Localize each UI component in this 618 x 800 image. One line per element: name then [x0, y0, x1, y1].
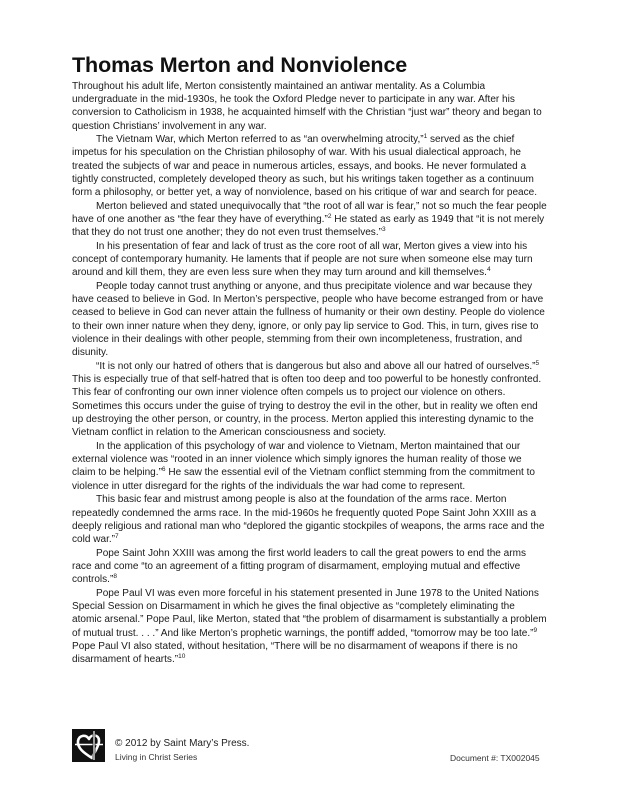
line-text: deeply religious and rational man who “d… — [72, 521, 544, 532]
line-text: People today cannot trust anything or an… — [96, 281, 532, 292]
text-line: treated the subjects of war and peace in… — [72, 160, 592, 173]
line-text: cold war.” — [72, 534, 115, 545]
text-line: Pope Paul VI also stated, without hesita… — [72, 640, 592, 653]
line-text: atomic arsenal.” Pope Paul, like Merton,… — [72, 614, 547, 625]
text-line: In his presentation of fear and lack of … — [72, 240, 592, 253]
paragraph: Merton believed and stated unequivocally… — [72, 200, 592, 240]
heart-cross-icon — [72, 729, 105, 762]
page-footer: © 2012 by Saint Mary’s Press. Living in … — [72, 729, 552, 769]
footnote-marker: 5 — [536, 360, 540, 367]
text-line: Special Session on Disarmament in which … — [72, 600, 592, 613]
series-name: Living in Christ Series — [115, 752, 197, 762]
line-text: have of one another as “the fear they ha… — [72, 214, 328, 225]
article-body: Throughout his adult life, Merton consis… — [72, 80, 592, 667]
text-line: “It is not only our hatred of others tha… — [72, 360, 592, 373]
line-text: conversion to Catholicism in 1938, he ac… — [72, 107, 542, 118]
copyright-notice: © 2012 by Saint Mary’s Press. — [115, 738, 249, 749]
footnote-marker: 8 — [113, 573, 117, 580]
text-line: controls.”8 — [72, 573, 592, 586]
text-line: disarmament of hearts.”10 — [72, 653, 592, 666]
line-text: form a philosophy, or better yet, a way … — [72, 187, 537, 198]
line-text-continued: served as the chief — [427, 134, 514, 145]
text-line: race and come “to an agreement of a fitt… — [72, 560, 592, 573]
text-line: atomic arsenal.” Pope Paul, like Merton,… — [72, 613, 592, 626]
line-text: Merton believed and stated unequivocally… — [96, 201, 547, 212]
text-line: impetus for his speculation on the Chris… — [72, 146, 592, 159]
text-line: have of one another as “the fear they ha… — [72, 213, 592, 226]
paragraph: Pope Paul VI was even more forceful in h… — [72, 587, 592, 667]
paragraph: Pope Saint John XXIII was among the firs… — [72, 547, 592, 587]
footnote-marker: 10 — [178, 653, 185, 660]
text-line: violence in their dealings with other pe… — [72, 333, 592, 346]
line-text: In his presentation of fear and lack of … — [96, 241, 527, 252]
line-text: Sometimes this occurs under the guise of… — [72, 401, 538, 412]
text-line: repeatedly condemned the arms race. In t… — [72, 507, 592, 520]
text-line: This basic fear and mistrust among peopl… — [72, 493, 592, 506]
text-line: form a philosophy, or better yet, a way … — [72, 186, 592, 199]
line-text: of mutual trust. . . .” And like Merton’… — [72, 628, 533, 639]
paragraph: People today cannot trust anything or an… — [72, 280, 592, 360]
text-line: that they do not trust one another; they… — [72, 226, 592, 239]
line-text: “It is not only our hatred of others tha… — [96, 361, 536, 372]
line-text: claim to be helping.” — [72, 467, 162, 478]
line-text: ceased to believe in God can never attai… — [72, 307, 545, 318]
line-text: Throughout his adult life, Merton consis… — [72, 81, 485, 92]
text-line: Pope Saint John XXIII was among the firs… — [72, 547, 592, 560]
text-line: disunity. — [72, 346, 592, 359]
text-line: claim to be helping.”6 He saw the essent… — [72, 466, 592, 479]
text-line: deeply religious and rational man who “d… — [72, 520, 592, 533]
line-text: to their own inner nature when they deny… — [72, 321, 539, 332]
line-text: have ceased to believe in God. In Merton… — [72, 294, 543, 305]
text-line: concept of contemporary humanity. He lam… — [72, 253, 592, 266]
text-line: In the application of this psychology of… — [72, 440, 592, 453]
line-text: This basic fear and mistrust among peopl… — [96, 494, 506, 505]
text-line: conversion to Catholicism in 1938, he ac… — [72, 106, 592, 119]
footnote-marker: 7 — [115, 533, 119, 540]
text-line: Pope Paul VI was even more forceful in h… — [72, 587, 592, 600]
paragraph: Throughout his adult life, Merton consis… — [72, 80, 592, 133]
text-line: to their own inner nature when they deny… — [72, 320, 592, 333]
line-text: up destroying the other person, or count… — [72, 414, 534, 425]
text-line: Sometimes this occurs under the guise of… — [72, 400, 592, 413]
text-line: question Christians’ involvement in any … — [72, 120, 592, 133]
text-line: undergraduate in the mid-1930s, he took … — [72, 93, 592, 106]
line-text: Pope Paul VI was even more forceful in h… — [96, 588, 539, 599]
footnote-marker: 9 — [533, 627, 537, 634]
line-text: around and kill them, they are even less… — [72, 267, 487, 278]
text-line: violence in utter disregard for the righ… — [72, 480, 592, 493]
line-text: violence in utter disregard for the righ… — [72, 481, 465, 492]
text-line: The Vietnam War, which Merton referred t… — [72, 133, 592, 146]
line-text: Pope Paul VI also stated, without hesita… — [72, 641, 518, 652]
text-line: This fear of confronting our own inner v… — [72, 386, 592, 399]
line-text: treated the subjects of war and peace in… — [72, 161, 526, 172]
text-line: around and kill them, they are even less… — [72, 266, 592, 279]
paragraph: In the application of this psychology of… — [72, 440, 592, 493]
line-text: In the application of this psychology of… — [96, 441, 520, 452]
line-text: disarmament of hearts.” — [72, 654, 178, 665]
footnote-marker: 3 — [382, 226, 386, 233]
text-line: have ceased to believe in God. In Merton… — [72, 293, 592, 306]
line-text: impetus for his speculation on the Chris… — [72, 147, 521, 158]
text-line: People today cannot trust anything or an… — [72, 280, 592, 293]
line-text: This is especially true of that self-hat… — [72, 374, 541, 385]
line-text: This fear of confronting our own inner v… — [72, 387, 505, 398]
paragraph: This basic fear and mistrust among peopl… — [72, 493, 592, 546]
line-text-continued: He saw the essential evil of the Vietnam… — [166, 467, 535, 478]
line-text: race and come “to an agreement of a fitt… — [72, 561, 520, 572]
line-text: The Vietnam War, which Merton referred t… — [96, 134, 424, 145]
paragraph: In his presentation of fear and lack of … — [72, 240, 592, 280]
line-text: controls.” — [72, 574, 113, 585]
text-line: Throughout his adult life, Merton consis… — [72, 80, 592, 93]
text-line: of mutual trust. . . .” And like Merton’… — [72, 627, 592, 640]
text-line: Vietnam conflict in relation to the Amer… — [72, 426, 592, 439]
line-text: Pope Saint John XXIII was among the firs… — [96, 548, 526, 559]
line-text: violence in their dealings with other pe… — [72, 334, 522, 345]
line-text: Special Session on Disarmament in which … — [72, 601, 515, 612]
line-text: concept of contemporary humanity. He lam… — [72, 254, 533, 265]
line-text: Vietnam conflict in relation to the Amer… — [72, 427, 386, 438]
line-text: disunity. — [72, 347, 108, 358]
page-title: Thomas Merton and Nonviolence — [72, 52, 407, 78]
text-line: up destroying the other person, or count… — [72, 413, 592, 426]
document-number: Document #: TX002045 — [450, 753, 540, 763]
text-line: external violence was “rooted in an inne… — [72, 453, 592, 466]
text-line: This is especially true of that self-hat… — [72, 373, 592, 386]
line-text: question Christians’ involvement in any … — [72, 121, 267, 132]
paragraph: “It is not only our hatred of others tha… — [72, 360, 592, 440]
footnote-marker: 4 — [487, 266, 491, 273]
text-line: Merton believed and stated unequivocally… — [72, 200, 592, 213]
text-line: ceased to believe in God can never attai… — [72, 306, 592, 319]
publisher-logo-icon — [72, 729, 105, 762]
line-text: external violence was “rooted in an inne… — [72, 454, 522, 465]
paragraph: The Vietnam War, which Merton referred t… — [72, 133, 592, 200]
line-text: undergraduate in the mid-1930s, he took … — [72, 94, 515, 105]
line-text: repeatedly condemned the arms race. In t… — [72, 508, 536, 519]
document-page: Thomas Merton and Nonviolence Throughout… — [0, 0, 618, 800]
line-text: that they do not trust one another; they… — [72, 227, 382, 238]
line-text: tightly constructed, completely develope… — [72, 174, 534, 185]
line-text-continued: He stated as early as 1949 that “it is n… — [331, 214, 544, 225]
text-line: cold war.”7 — [72, 533, 592, 546]
text-line: tightly constructed, completely develope… — [72, 173, 592, 186]
